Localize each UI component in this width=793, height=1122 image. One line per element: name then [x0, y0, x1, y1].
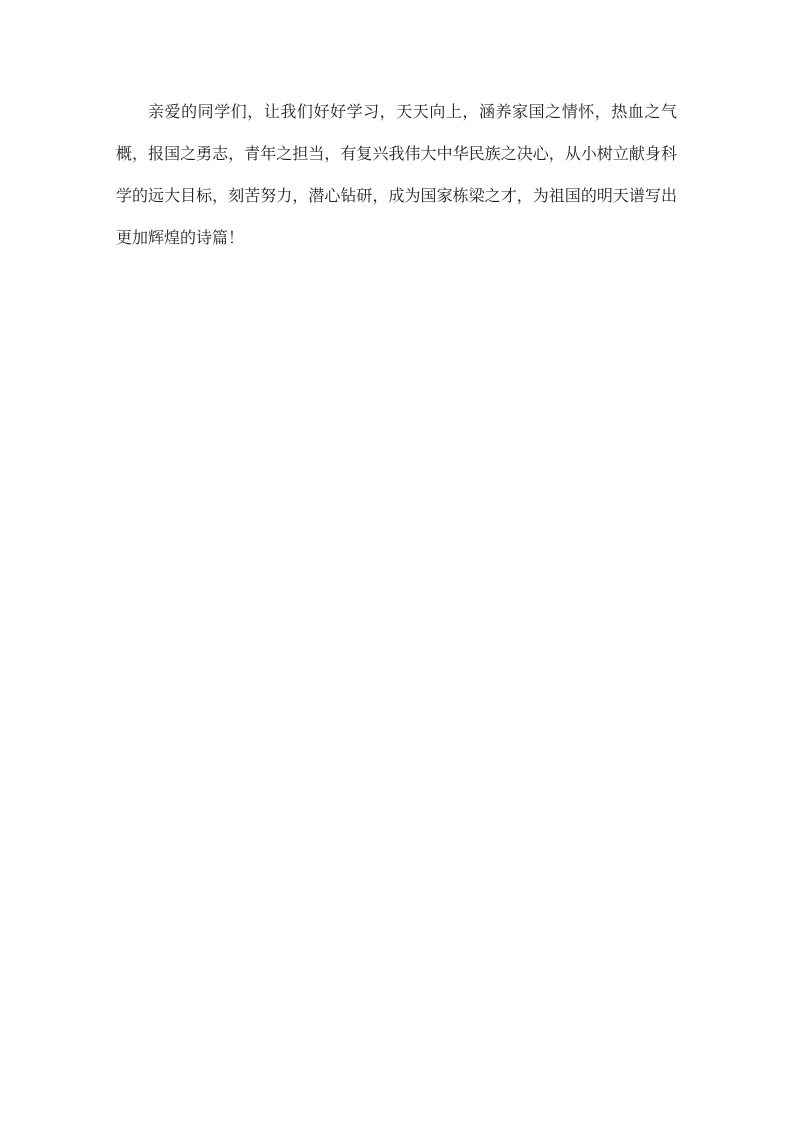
paragraph: 亲爱的同学们，让我们好好学习，天天向上，涵养家国之情怀，热血之气概，报国之勇志，…: [116, 92, 677, 260]
document-body: 亲爱的同学们，让我们好好学习，天天向上，涵养家国之情怀，热血之气概，报国之勇志，…: [116, 92, 677, 260]
document-page: 亲爱的同学们，让我们好好学习，天天向上，涵养家国之情怀，热血之气概，报国之勇志，…: [0, 0, 793, 1122]
